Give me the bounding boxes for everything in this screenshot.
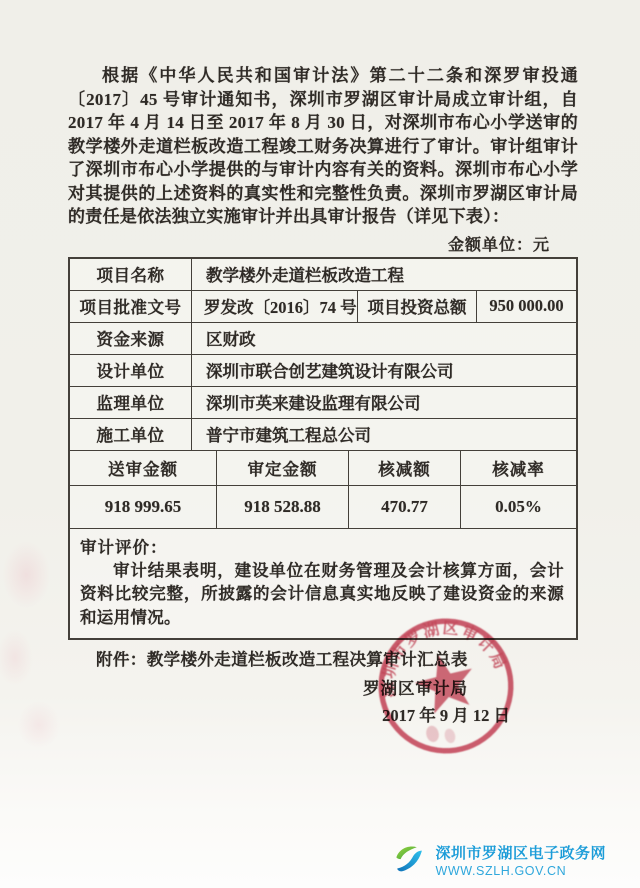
reduction-rate-header: 核减率 bbox=[460, 451, 576, 485]
total-investment-value: 950 000.00 bbox=[476, 291, 576, 322]
fund-source-label: 资金来源 bbox=[70, 323, 191, 354]
approved-amount-value: 918 528.88 bbox=[216, 486, 348, 528]
szlh-logo-icon bbox=[392, 843, 428, 877]
construction-unit-label: 施工单位 bbox=[70, 419, 191, 450]
approval-number-value: 罗发改〔2016〕74 号 bbox=[191, 291, 357, 322]
design-unit-label: 设计单位 bbox=[70, 355, 191, 386]
reduction-rate-value: 0.05% bbox=[460, 486, 576, 528]
site-name: 深圳市罗湖区电子政务网 bbox=[435, 842, 606, 863]
footer-text-block: 深圳市罗湖区电子政务网 WWW.SZLH.GOV.CN bbox=[435, 842, 606, 878]
row-fund-source: 资金来源 区财政 bbox=[70, 323, 576, 355]
amount-unit-note: 金额单位：元 bbox=[68, 232, 578, 255]
design-unit-value: 深圳市联合创艺建筑设计有限公司 bbox=[191, 355, 576, 386]
row-amount-headers: 送审金额 审定金额 核减额 核减率 bbox=[70, 451, 576, 486]
submitted-amount-value: 918 999.65 bbox=[70, 486, 216, 528]
project-name-label: 项目名称 bbox=[70, 259, 191, 290]
row-construction-unit: 施工单位 普宁市建筑工程总公司 bbox=[70, 419, 576, 451]
row-amount-values: 918 999.65 918 528.88 470.77 0.05% bbox=[70, 486, 576, 529]
evaluation-title: 审计评价： bbox=[80, 534, 564, 558]
construction-unit-value: 普宁市建筑工程总公司 bbox=[191, 419, 576, 450]
row-supervision-unit: 监理单位 深圳市英来建设监理有限公司 bbox=[70, 387, 576, 419]
approved-amount-header: 审定金额 bbox=[216, 451, 348, 485]
fund-source-value: 区财政 bbox=[191, 323, 576, 354]
site-footer: 深圳市罗湖区电子政务网 WWW.SZLH.GOV.CN bbox=[392, 842, 606, 878]
intro-paragraph: 根据《中华人民共和国审计法》第二十二条和深罗审投通〔2017〕45 号审计通知书… bbox=[68, 64, 578, 229]
supervision-unit-value: 深圳市英来建设监理有限公司 bbox=[191, 387, 576, 418]
audit-info-table: 项目名称 教学楼外走道栏板改造工程 项目批准文号 罗发改〔2016〕74 号 项… bbox=[68, 257, 578, 641]
supervision-unit-label: 监理单位 bbox=[70, 387, 191, 418]
reduction-amount-header: 核减额 bbox=[348, 451, 460, 485]
site-url: WWW.SZLH.GOV.CN bbox=[435, 864, 606, 878]
reduction-amount-value: 470.77 bbox=[348, 486, 460, 528]
total-investment-label: 项目投资总额 bbox=[357, 291, 476, 322]
row-approval-number: 项目批准文号 罗发改〔2016〕74 号 项目投资总额 950 000.00 bbox=[70, 291, 576, 323]
project-name-value: 教学楼外走道栏板改造工程 bbox=[191, 259, 576, 290]
seal-star-icon bbox=[410, 648, 480, 716]
row-project-name: 项目名称 教学楼外走道栏板改造工程 bbox=[70, 259, 576, 291]
row-design-unit: 设计单位 深圳市联合创艺建筑设计有限公司 bbox=[70, 355, 576, 387]
submitted-amount-header: 送审金额 bbox=[70, 451, 216, 485]
approval-number-label: 项目批准文号 bbox=[70, 291, 191, 322]
scanned-audit-document: 根据《中华人民共和国审计法》第二十二条和深罗审投通〔2017〕45 号审计通知书… bbox=[0, 0, 640, 888]
document-body: 根据《中华人民共和国审计法》第二十二条和深罗审投通〔2017〕45 号审计通知书… bbox=[0, 0, 640, 726]
